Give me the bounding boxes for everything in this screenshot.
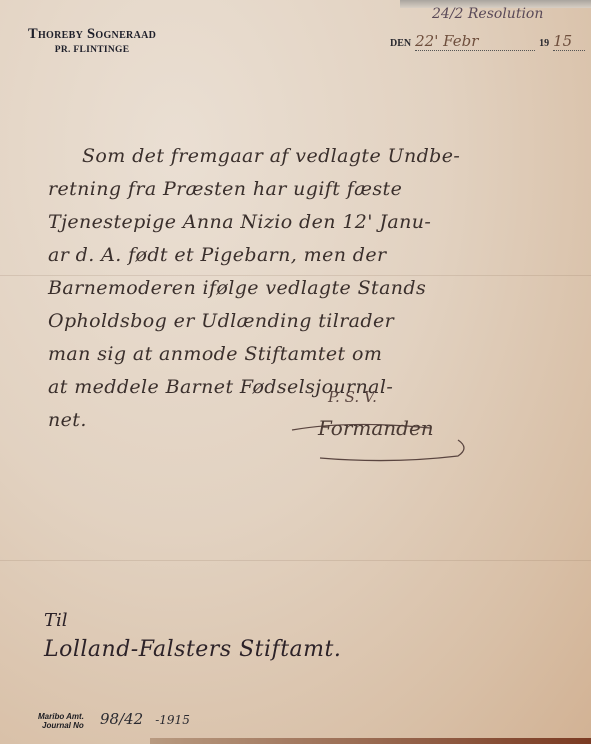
journal-number: 98/42	[100, 710, 143, 728]
stamp-line1: Maribo Amt.	[38, 712, 84, 721]
signature: Formanden	[290, 414, 470, 464]
stamp-line2: Journal No	[38, 721, 84, 730]
body-line: Barnemoderen ifølge vedlagte Stands	[48, 272, 568, 305]
fold-line	[0, 560, 591, 561]
resolution-note: 24/2 Resolution	[432, 6, 543, 22]
letterhead-name: Thoreby Sogneraad	[28, 26, 156, 43]
addressee: Til Lolland-Falsters Stiftamt.	[44, 610, 341, 662]
journal-year: -1915	[155, 713, 190, 727]
closing-initials: P. S. V.	[328, 388, 377, 406]
date-day-month: 22' Febr	[415, 32, 535, 51]
bottom-paper-edge	[150, 738, 591, 744]
body-line: man sig at anmode Stiftamtet om	[48, 338, 568, 371]
date-century: 19	[539, 38, 549, 49]
body-line: at meddele Barnet Fødselsjournal-	[48, 371, 568, 404]
date-line: DEN 22' Febr 19 15	[390, 32, 585, 51]
date-month: Febr	[443, 32, 478, 50]
signature-text: Formanden	[318, 416, 434, 440]
body-line: ar d. A. født et Pigebarn, men der	[48, 239, 568, 272]
addressee-to: Til	[44, 610, 341, 631]
date-year: 15	[553, 32, 585, 51]
date-day: 22'	[415, 32, 438, 50]
letterhead-location: PR. FLINTINGE	[28, 45, 156, 55]
journal-stamp: Maribo Amt. Journal No	[38, 712, 84, 730]
body-line: retning fra Præsten har ugift fæste	[48, 173, 568, 206]
journal-entry: 98/42 -1915	[100, 710, 190, 728]
addressee-name: Lolland-Falsters Stiftamt.	[44, 637, 341, 662]
body-line: Som det fremgaar af vedlagte Undbe-	[48, 140, 568, 173]
letterhead: Thoreby Sogneraad PR. FLINTINGE	[28, 26, 156, 55]
letter-body: Som det fremgaar af vedlagte Undbe- retn…	[48, 140, 568, 437]
body-line: Tjenestepige Anna Nizio den 12' Janu-	[48, 206, 568, 239]
body-line: Opholdsbog er Udlænding tilrader	[48, 305, 568, 338]
date-prefix: DEN	[390, 38, 411, 49]
